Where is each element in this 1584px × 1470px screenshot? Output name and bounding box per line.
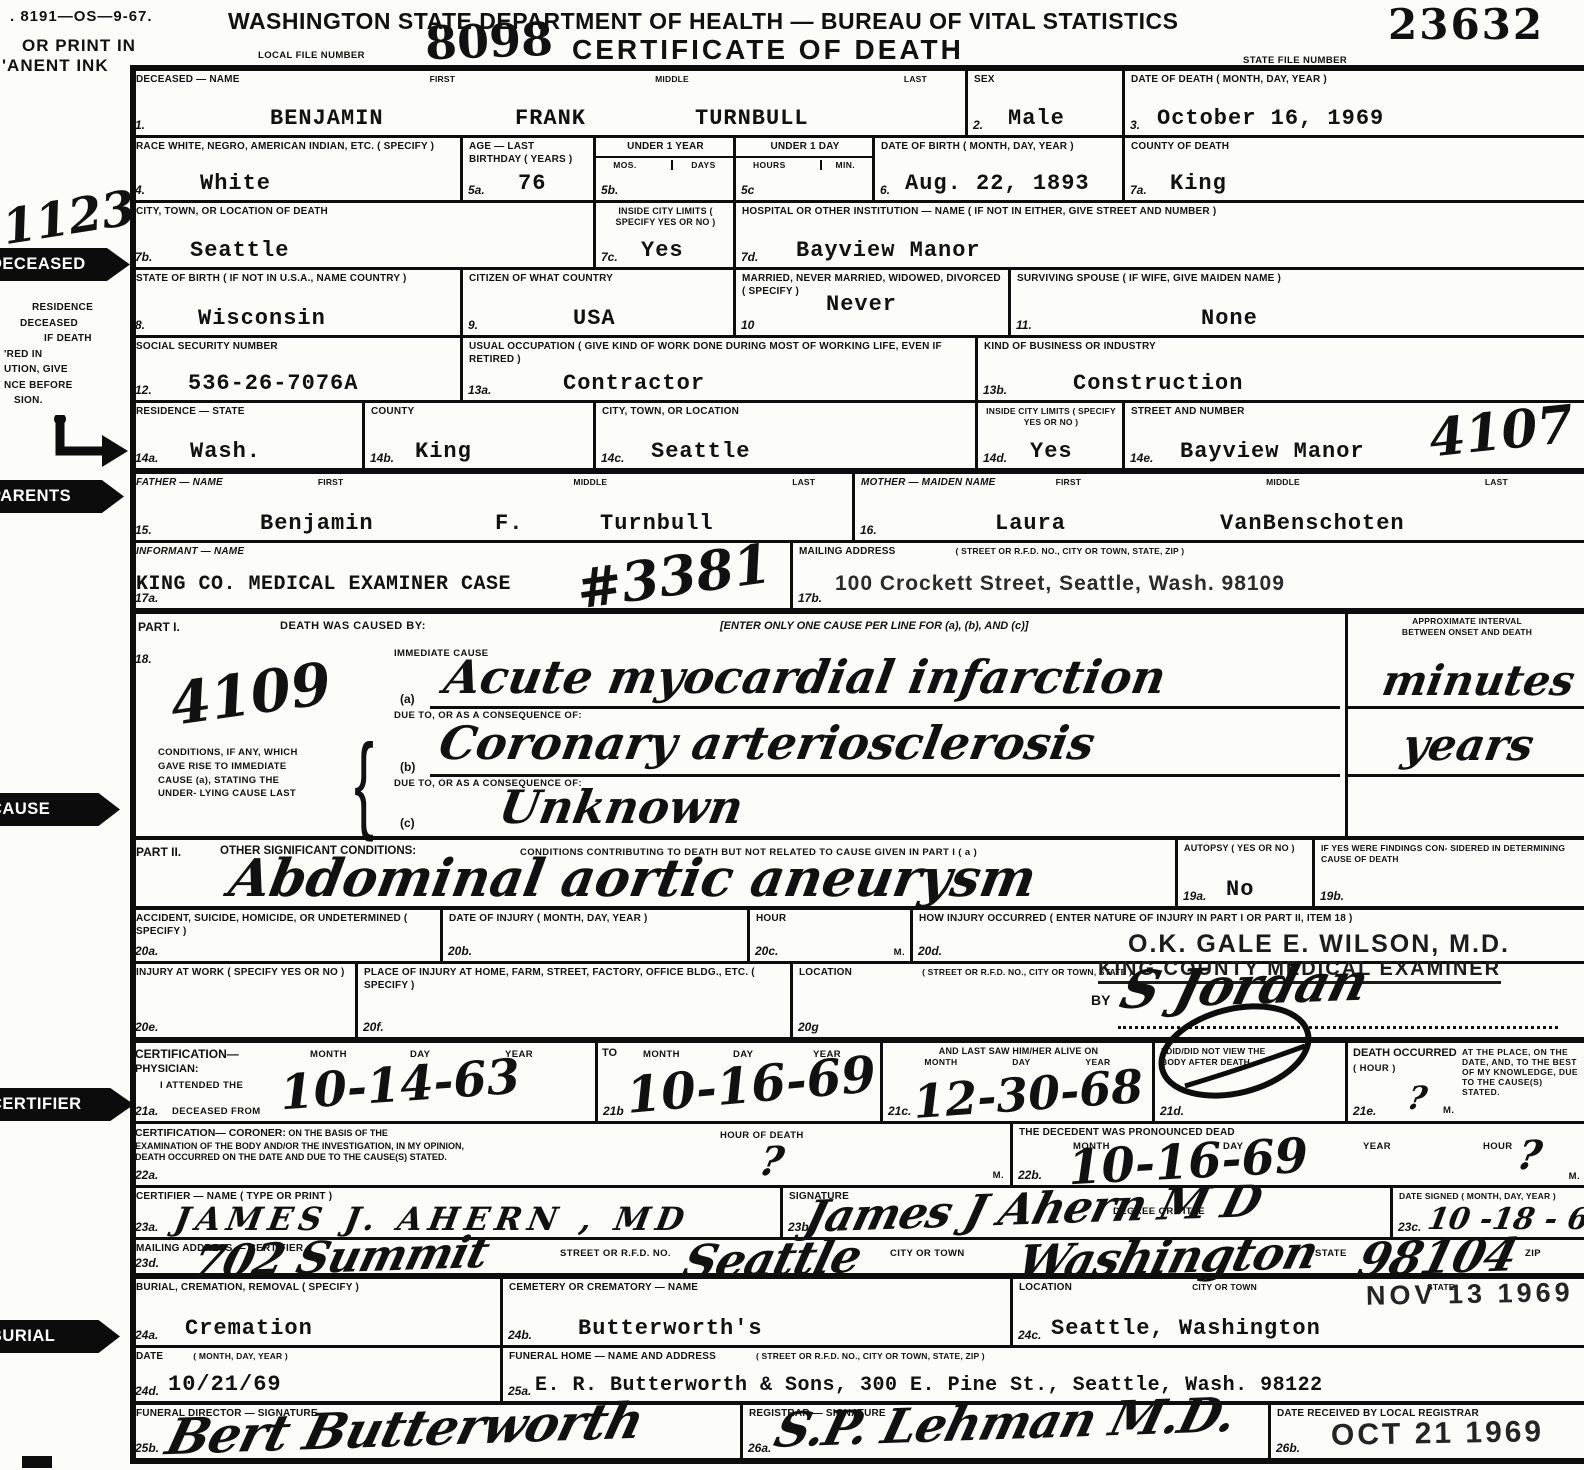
field-value: Cremation: [185, 1316, 313, 1341]
field-sublabel: ( STREET OR R.F.D. NO., CITY OR TOWN, ST…: [956, 546, 1185, 559]
field-date-of-death: DATE OF DEATH ( MONTH, DAY, YEAR ) 3. Oc…: [1122, 71, 1584, 135]
field-value: KING CO. MEDICAL EXAMINER CASE: [136, 573, 511, 596]
field-date-of-injury: DATE OF INJURY ( MONTH, DAY, YEAR ) 20b.: [440, 910, 747, 961]
hour-of-death-label: HOUR OF DEATH: [720, 1130, 804, 1141]
field-coroner-certification: CERTIFICATION— CORONER: ON THE BASIS OF …: [130, 1124, 1010, 1185]
physician-label: PHYSICIAN:: [135, 1063, 199, 1075]
field-label: MOTHER — MAIDEN NAME: [861, 477, 996, 490]
field-label: SEX: [968, 71, 1122, 87]
sub-label-row: MOS. DAYS: [596, 156, 733, 170]
field-label: SOCIAL SECURITY NUMBER: [130, 338, 460, 354]
field-number: 14d.: [983, 451, 1007, 465]
field-race: RACE WHITE, NEGRO, AMERICAN INDIAN, ETC.…: [130, 138, 460, 200]
cause-left-column: 18. 4109 CONDITIONS, IF ANY, WHICH GAVE …: [130, 648, 390, 836]
field-label: USUAL OCCUPATION ( GIVE KIND OF WORK DON…: [463, 338, 975, 366]
field-value: October 16, 1969: [1157, 106, 1384, 131]
part2-section: PART II. OTHER SIGNIFICANT CONDITIONS: C…: [130, 840, 1175, 906]
field-value: Male: [1008, 106, 1065, 131]
field-value: Bayview Manor: [796, 238, 981, 263]
field-number: 10: [741, 318, 754, 332]
hour-of-death-value: ?: [756, 1138, 788, 1185]
field-value: 536-26-7076A: [188, 371, 358, 396]
field-number: 20f.: [363, 1020, 384, 1034]
name-first: BENJAMIN: [270, 106, 384, 131]
field-hour-of-injury: HOUR 20c. M.: [747, 910, 910, 961]
father-middle: F.: [495, 511, 523, 536]
field-last-saw-alive: AND LAST SAW HIM/HER ALIVE ON MONTH DAY …: [880, 1043, 1152, 1121]
field-value: Seattle, Washington: [1051, 1316, 1321, 1341]
to-label: TO: [602, 1047, 617, 1059]
field-label-row: DECEASED — NAME FIRST MIDDLE LAST: [130, 71, 965, 87]
field-number: 19a.: [1183, 889, 1206, 903]
field-number: 5b.: [601, 183, 618, 197]
field-date-received: DATE RECEIVED BY LOCAL REGISTRAR 26b. OC…: [1268, 1405, 1584, 1458]
scribble-annotation: [1125, 991, 1345, 1111]
ink-note-line2: 'ANENT INK: [2, 56, 109, 76]
field-state-of-birth: STATE OF BIRTH ( IF NOT IN U.S.A., NAME …: [130, 270, 460, 335]
ink-note-line1: OR PRINT IN: [22, 36, 136, 56]
interval-header: APPROXIMATE INTERVAL BETWEEN ONSET AND D…: [1345, 614, 1584, 648]
field-number: 17b.: [798, 591, 822, 605]
field-number: 24b.: [508, 1328, 532, 1342]
field-label: RESIDENCE — STATE: [130, 403, 362, 419]
field-value: No: [1226, 877, 1254, 902]
field-number: 7b.: [135, 250, 152, 264]
funeral-director-signature-value: Bert Butterworth: [160, 1391, 649, 1466]
field-label: DECEASED — NAME: [136, 74, 240, 87]
field-label: CERTIFICATION— CORONER: ON THE BASIS OF …: [135, 1127, 655, 1164]
field-number: 18.: [135, 652, 152, 666]
field-deceased-name: DECEASED — NAME FIRST MIDDLE LAST 1. BEN…: [130, 71, 965, 135]
part1-header: PART I. DEATH WAS CAUSED BY: [ENTER ONLY…: [130, 614, 1345, 648]
field-value: Never: [826, 292, 897, 317]
field-label: CITY, TOWN, OR LOCATION: [596, 403, 975, 419]
attended-label: I ATTENDED THE: [160, 1080, 243, 1091]
field-number: 8.: [135, 318, 145, 332]
field-number: 24d.: [135, 1384, 159, 1398]
margin-tab-parents: PARENTS: [0, 480, 124, 513]
interval-label-1: APPROXIMATE INTERVAL: [1412, 616, 1522, 626]
field-number: 1.: [135, 118, 145, 132]
caused-by-label: DEATH WAS CAUSED BY:: [280, 620, 426, 632]
death-occurred-label: DEATH OCCURRED: [1353, 1047, 1457, 1059]
interval-label: APPROXIMATE INTERVAL BETWEEN ONSET AND D…: [1348, 614, 1584, 637]
note-line: IF DEATH: [4, 331, 122, 347]
field-value: Yes: [1030, 439, 1073, 464]
interval-a-value: minutes: [1379, 656, 1579, 705]
field-accident-suicide: ACCIDENT, SUICIDE, HOMICIDE, OR UNDETERM…: [130, 910, 440, 961]
coroner-note-3: DEATH OCCURRED ON THE DATE AND DUE TO TH…: [135, 1152, 447, 1162]
year-label: YEAR: [1363, 1141, 1391, 1152]
field-value: King: [415, 439, 472, 464]
field-label: RACE WHITE, NEGRO, AMERICAN INDIAN, ETC.…: [130, 138, 460, 154]
middle-label: MIDDLE: [655, 74, 689, 87]
field-label: UNDER 1 YEAR: [596, 138, 733, 154]
field-label: FATHER — NAME: [136, 477, 223, 490]
field-number: 14b.: [370, 451, 394, 465]
days-label: DAYS: [671, 160, 715, 170]
field-number: 11.: [1016, 318, 1032, 332]
field-number: 16.: [860, 523, 877, 537]
field-label-row: FATHER — NAME FIRST MIDDLE LAST: [130, 474, 852, 490]
field-label: DATE OF INJURY ( MONTH, DAY, YEAR ): [443, 910, 747, 926]
field-registrar-signature: REGISTRAR — SIGNATURE 26a. S.P. Lehman M…: [740, 1405, 1268, 1458]
cause-interval-column: minutes years: [1345, 648, 1584, 836]
field-number: 7a.: [1130, 183, 1147, 197]
field-number: 26b.: [1276, 1441, 1300, 1455]
field-residence-inside-limits: INSIDE CITY LIMITS ( SPECIFY YES OR NO )…: [975, 403, 1122, 468]
field-number: 22b.: [1018, 1168, 1042, 1182]
street-label: STREET OR R.F.D. NO.: [560, 1248, 671, 1259]
cause-line-c: Unknown: [495, 780, 747, 834]
field-label: FUNERAL HOME — NAME AND ADDRESS: [509, 1351, 716, 1364]
last-saw-value: 12-30-68: [911, 1059, 1144, 1129]
sub-label-row: HOURS MIN.: [736, 156, 872, 170]
coroner-note-1: ON THE BASIS OF THE: [288, 1128, 388, 1138]
cause-line-b: Coronary arteriosclerosis: [435, 716, 1099, 770]
field-value: Butterworth's: [578, 1316, 763, 1341]
field-label: IF YES WERE FINDINGS CON- SIDERED IN DET…: [1315, 840, 1584, 864]
line-c-tag: (c): [400, 816, 415, 830]
field-number: 23a.: [135, 1220, 158, 1234]
field-value: Wash.: [190, 439, 261, 464]
field-number: 25b.: [135, 1441, 159, 1455]
field-informant-name: INFORMANT — NAME 17a. KING CO. MEDICAL E…: [130, 543, 790, 608]
field-citizen: CITIZEN OF WHAT COUNTRY 9. USA: [460, 270, 733, 335]
field-number: 2.: [973, 118, 983, 132]
field-surviving-spouse: SURVIVING SPOUSE ( IF WIFE, GIVE MAIDEN …: [1008, 270, 1584, 335]
part1-label: PART I.: [138, 620, 180, 634]
date-stamp-nov: NOV 13 1969: [1366, 1277, 1574, 1312]
field-occupation: USUAL OCCUPATION ( GIVE KIND OF WORK DON…: [460, 338, 975, 400]
field-label: ACCIDENT, SUICIDE, HOMICIDE, OR UNDETERM…: [130, 910, 440, 938]
field-number: 5a.: [468, 183, 485, 197]
field-label: COUNTY: [365, 403, 593, 419]
field-viewed-body: I DID/DID NOT VIEW THE BODY AFTER DEATH.…: [1152, 1043, 1345, 1121]
name-last: TURNBULL: [695, 106, 809, 131]
field-number: 20d.: [918, 944, 942, 958]
field-number: 23d.: [135, 1256, 159, 1270]
note-line: DECEASED: [4, 316, 122, 332]
margin-tab-deceased: DECEASED: [0, 248, 130, 281]
local-file-number-label: LOCAL FILE NUMBER: [258, 50, 365, 61]
field-age: AGE — LAST BIRTHDAY ( YEARS ) 5a. 76: [460, 138, 593, 200]
field-date-of-birth: DATE OF BIRTH ( MONTH, DAY, YEAR ) 6. Au…: [872, 138, 1122, 200]
field-label-row: MAILING ADDRESS ( STREET OR R.F.D. NO., …: [793, 543, 1584, 559]
field-pronounced-dead: THE DECEDENT WAS PRONOUNCED DEAD MONTH D…: [1010, 1124, 1584, 1185]
field-label: LOCATION: [799, 967, 852, 980]
field-label: MAILING ADDRESS: [799, 546, 896, 559]
part2-value-handwritten: Abdominal aortic aneurysm: [225, 848, 1041, 909]
meridiem-label: M.: [1569, 1171, 1580, 1182]
hour-sublabel: ( HOUR ): [1353, 1063, 1396, 1074]
note-line: 'RED IN: [4, 347, 122, 363]
field-label: HOUR: [750, 910, 910, 926]
document-title: WASHINGTON STATE DEPARTMENT OF HEALTH — …: [228, 8, 1178, 35]
field-value: White: [200, 171, 271, 196]
field-number: 20e.: [135, 1020, 158, 1034]
arrow-right-icon: [52, 415, 130, 467]
field-value: 10/21/69: [168, 1372, 282, 1397]
field-cemetery-name: CEMETERY OR CREMATORY — NAME 24b. Butter…: [500, 1279, 1010, 1345]
first-label: FIRST: [318, 477, 344, 490]
margin-tab-burial: BURIAL: [0, 1320, 120, 1353]
field-value: Bayview Manor: [1180, 439, 1365, 464]
field-label: INSIDE CITY LIMITS ( SPECIFY YES OR NO ): [596, 203, 733, 229]
field-label: AUTOPSY ( YES OR NO ): [1178, 840, 1312, 854]
field-autopsy: AUTOPSY ( YES OR NO ) 19a. No: [1175, 840, 1312, 906]
day-label: DAY: [1012, 1057, 1030, 1067]
field-number: 21b: [603, 1104, 624, 1118]
field-number: 3.: [1130, 118, 1140, 132]
meridiem-label: M.: [894, 947, 905, 958]
meridiem-label: M.: [1443, 1105, 1454, 1116]
field-value: Yes: [641, 238, 684, 263]
field-value: Construction: [1073, 371, 1243, 396]
field-inside-city-limits: INSIDE CITY LIMITS ( SPECIFY YES OR NO )…: [593, 203, 733, 267]
field-autopsy-findings: IF YES WERE FINDINGS CON- SIDERED IN DET…: [1312, 840, 1584, 906]
field-label: DATE OF BIRTH ( MONTH, DAY, YEAR ): [875, 138, 1122, 154]
coroner-label: CERTIFICATION— CORONER:: [135, 1127, 286, 1139]
field-under-1-year: UNDER 1 YEAR MOS. DAYS 5b.: [593, 138, 733, 200]
field-informant-mailing-address: MAILING ADDRESS ( STREET OR R.F.D. NO., …: [790, 543, 1584, 608]
field-label: KIND OF BUSINESS OR INDUSTRY: [978, 338, 1584, 354]
field-number: 21a.: [135, 1104, 158, 1118]
coroner-note-2: EXAMINATION OF THE BODY AND/OR THE INVES…: [135, 1141, 464, 1151]
mailing-address-stamp: 100 Crockett Street, Seattle, Wash. 9810…: [835, 572, 1285, 596]
father-last: Turnbull: [600, 511, 714, 536]
field-injury-at-work: INJURY AT WORK ( SPECIFY YES OR NO ) 20e…: [130, 964, 355, 1037]
field-place-of-injury: PLACE OF INJURY AT HOME, FARM, STREET, F…: [355, 964, 790, 1037]
field-value: 76: [518, 171, 546, 196]
field-label: UNDER 1 DAY: [736, 138, 872, 154]
state-label: STATE: [1315, 1248, 1347, 1259]
field-burial-location: LOCATION CITY OR TOWN STATE 24c. Seattle…: [1010, 1279, 1584, 1345]
field-residence-state: RESIDENCE — STATE 14a. Wash.: [130, 403, 362, 468]
field-label: CITIZEN OF WHAT COUNTRY: [463, 270, 733, 286]
field-number: 19b.: [1320, 889, 1344, 903]
certifier-city-value: Seattle: [677, 1229, 867, 1289]
field-label-row: MOTHER — MAIDEN NAME FIRST MIDDLE LAST: [855, 474, 1584, 490]
note-line: NCE BEFORE: [4, 378, 122, 394]
certifier-street-value: 702 Summit: [187, 1227, 494, 1288]
conditions-note: CONDITIONS, IF ANY, WHICH GAVE RISE TO I…: [158, 746, 318, 801]
field-number: 24a.: [135, 1328, 158, 1342]
field-value: Wisconsin: [198, 306, 326, 331]
field-residence-county: COUNTY 14b. King: [362, 403, 593, 468]
father-first: Benjamin: [260, 511, 374, 536]
field-number: 9.: [468, 318, 478, 332]
field-father-name: FATHER — NAME FIRST MIDDLE LAST 15. Benj…: [130, 474, 852, 540]
field-county-of-death: COUNTY OF DEATH 7a. King: [1122, 138, 1584, 200]
field-label: PLACE OF INJURY AT HOME, FARM, STREET, F…: [358, 964, 790, 992]
field-label: DATE SIGNED ( MONTH, DAY, YEAR ): [1393, 1188, 1584, 1202]
last-label: LAST: [1485, 477, 1508, 490]
field-label: INJURY AT WORK ( SPECIFY YES OR NO ): [130, 964, 355, 980]
field-sublabel: ( MONTH, DAY, YEAR ): [193, 1351, 288, 1364]
field-number: 6.: [880, 183, 890, 197]
document-subtitle: CERTIFICATE OF DEATH: [572, 34, 964, 66]
field-value: Seattle: [190, 238, 289, 263]
field-physician-attended-to: TO MONTH DAY YEAR 21b 10-16-69: [595, 1043, 880, 1121]
city-label: CITY OR TOWN: [890, 1248, 965, 1259]
certifier-state-value: Washington: [1012, 1225, 1324, 1289]
field-label: STATE OF BIRTH ( IF NOT IN U.S.A., NAME …: [130, 270, 460, 286]
corner-mark: [22, 1456, 52, 1468]
line-a-tag: (a): [400, 692, 415, 706]
field-residence-city: CITY, TOWN, OR LOCATION 14c. Seattle: [593, 403, 975, 468]
note-line: SION.: [4, 393, 122, 409]
field-label: AND LAST SAW HIM/HER ALIVE ON: [883, 1043, 1152, 1057]
field-burial-type: BURIAL, CREMATION, REMOVAL ( SPECIFY ) 2…: [130, 1279, 500, 1345]
note-line: RESIDENCE: [4, 300, 122, 316]
margin-tab-cause: CAUSE: [0, 793, 120, 826]
field-label: COUNTY OF DEATH: [1125, 138, 1584, 154]
field-value: USA: [573, 306, 616, 331]
form-code: . 8191—OS—9-67.: [10, 8, 153, 25]
field-street-and-number: STREET AND NUMBER 14e. Bayview Manor 410…: [1122, 403, 1584, 468]
field-number: 13a.: [468, 383, 491, 397]
cause-lines-column: IMMEDIATE CAUSE (a) Acute myocardial inf…: [390, 648, 1345, 836]
field-city-of-death: CITY, TOWN, OR LOCATION OF DEATH 7b. Sea…: [130, 203, 593, 267]
interval-label-2: BETWEEN ONSET AND DEATH: [1402, 627, 1532, 637]
meridiem-label: M.: [993, 1170, 1004, 1181]
min-label: MIN.: [820, 160, 856, 170]
field-value: Aug. 22, 1893: [905, 171, 1090, 196]
line-b-tag: (b): [400, 760, 415, 774]
field-funeral-director-signature: FUNERAL DIRECTOR — SIGNATURE 25b. Bert B…: [130, 1405, 740, 1458]
death-certificate-scan: . 8191—OS—9-67. OR PRINT IN 'ANENT INK W…: [0, 0, 1584, 1470]
field-number: 7c.: [601, 250, 618, 264]
field-label: DATE: [136, 1351, 163, 1364]
field-number: 20g: [798, 1020, 819, 1034]
local-file-number: 8098: [424, 12, 554, 70]
field-number: 20a.: [135, 944, 158, 958]
death-occurred-note: AT THE PLACE, ON THE DATE, AND, TO THE B…: [1462, 1047, 1580, 1097]
field-industry: KIND OF BUSINESS OR INDUSTRY 13b. Constr…: [975, 338, 1584, 400]
field-label: DATE OF DEATH ( MONTH, DAY, YEAR ): [1125, 71, 1584, 87]
field-number: 12.: [135, 383, 152, 397]
mother-last: VanBenschoten: [1220, 511, 1405, 536]
brace-decoration: {: [354, 728, 374, 836]
hours-label: HOURS: [753, 160, 786, 170]
cause-code-handwritten: 4109: [166, 649, 335, 739]
field-label: HOW INJURY OCCURRED ( ENTER NATURE OF IN…: [913, 910, 1584, 926]
last-label: LAST: [904, 74, 927, 87]
margin-tab-certifier: CERTIFIER: [0, 1088, 134, 1121]
field-number: 7d.: [741, 250, 758, 264]
hour-label: HOUR: [1483, 1141, 1513, 1152]
mos-label: MOS.: [613, 160, 636, 170]
field-death-occurred: DEATH OCCURRED ( HOUR ) AT THE PLACE, ON…: [1345, 1043, 1584, 1121]
part2-label: PART II.: [136, 845, 181, 859]
field-burial-date: DATE ( MONTH, DAY, YEAR ) 24d. 10/21/69: [130, 1348, 500, 1401]
field-certifier-mailing-address: MAILING ADDRESS — CERTIFIER 23d. 702 Sum…: [130, 1240, 1584, 1273]
field-sex: SEX 2. Male: [965, 71, 1122, 135]
margin-handwritten-number: 1123: [0, 180, 139, 256]
field-number: 4.: [135, 183, 145, 197]
field-physician-attended-from: CERTIFICATION— PHYSICIAN: I ATTENDED THE…: [130, 1043, 595, 1121]
field-number: 22a.: [135, 1168, 158, 1182]
name-middle: FRANK: [515, 106, 586, 131]
field-number: 21e.: [1353, 1104, 1376, 1118]
cause-line-a: Acute myocardial infarction: [440, 650, 1170, 704]
field-value: None: [1201, 306, 1258, 331]
month-label: MONTH: [924, 1057, 957, 1067]
first-label: FIRST: [1056, 477, 1082, 490]
middle-label: MIDDLE: [1266, 477, 1300, 490]
field-number: 26a.: [748, 1441, 771, 1455]
death-occurred-hour-value: ?: [1405, 1079, 1430, 1117]
field-label-row: FUNERAL HOME — NAME AND ADDRESS ( STREET…: [503, 1348, 1584, 1364]
deceased-from-label: DECEASED FROM: [172, 1106, 261, 1117]
field-number: 15.: [135, 523, 152, 537]
field-label: HOSPITAL OR OTHER INSTITUTION — NAME ( I…: [736, 203, 1584, 219]
enter-note: [ENTER ONLY ONE CAUSE PER LINE FOR (a), …: [720, 620, 1028, 632]
city-label: CITY OR TOWN: [1192, 1282, 1257, 1295]
field-number: 14a.: [135, 451, 158, 465]
month-label: MONTH: [310, 1049, 347, 1060]
field-number: 24c.: [1018, 1328, 1041, 1342]
field-value: Seattle: [651, 439, 750, 464]
field-label: SURVIVING SPOUSE ( IF WIFE, GIVE MAIDEN …: [1011, 270, 1584, 286]
certification-label: CERTIFICATION—: [135, 1047, 239, 1061]
field-how-injury-occurred: HOW INJURY OCCURRED ( ENTER NATURE OF IN…: [910, 910, 1584, 961]
state-file-number: 23632: [1388, 0, 1544, 49]
field-value: Contractor: [563, 371, 705, 396]
field-label: INSIDE CITY LIMITS ( SPECIFY YES OR NO ): [978, 403, 1122, 427]
month-label: MONTH: [643, 1049, 680, 1060]
zip-label: ZIP: [1525, 1248, 1541, 1259]
by-label: BY: [1091, 992, 1110, 1008]
field-number: 20c.: [755, 944, 778, 958]
field-sublabel: ( STREET OR R.F.D. NO., CITY OR TOWN, ST…: [756, 1351, 985, 1364]
field-mother-name: MOTHER — MAIDEN NAME FIRST MIDDLE LAST 1…: [852, 474, 1584, 540]
field-label: AGE — LAST BIRTHDAY ( YEARS ): [463, 138, 593, 166]
field-ssn: SOCIAL SECURITY NUMBER 12. 536-26-7076A: [130, 338, 460, 400]
field-number: 20b.: [448, 944, 472, 958]
field-marital-status: MARRIED, NEVER MARRIED, WIDOWED, DIVORCE…: [733, 270, 1008, 335]
field-under-1-day: UNDER 1 DAY HOURS MIN. 5c: [733, 138, 872, 200]
field-value: King: [1170, 171, 1227, 196]
field-number: 14c.: [601, 451, 624, 465]
margin-residence-note: RESIDENCE DECEASED IF DEATH 'RED IN UTIO…: [4, 300, 122, 409]
mother-first: Laura: [995, 511, 1066, 536]
field-hospital: HOSPITAL OR OTHER INSTITUTION — NAME ( I…: [733, 203, 1584, 267]
field-number: 21c.: [888, 1104, 911, 1118]
date-stamp-received: OCT 21 1969: [1331, 1415, 1545, 1453]
field-number: 13b.: [983, 383, 1007, 397]
interval-b-value: years: [1399, 720, 1538, 771]
middle-label: MIDDLE: [573, 477, 607, 490]
field-number: 5c: [741, 183, 754, 197]
note-line: UTION, GIVE: [4, 362, 122, 378]
field-label-row: DATE ( MONTH, DAY, YEAR ): [130, 1348, 500, 1364]
first-label: FIRST: [430, 74, 456, 87]
last-label: LAST: [792, 477, 815, 490]
field-number: 14e.: [1130, 451, 1153, 465]
field-label: CITY, TOWN, OR LOCATION OF DEATH: [130, 203, 593, 219]
